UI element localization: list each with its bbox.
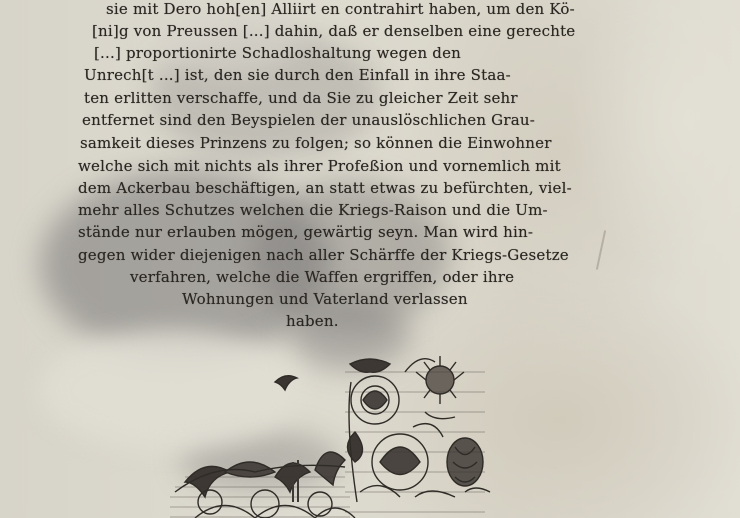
- text-line: Wohnungen und Vaterland verlassen: [182, 288, 468, 310]
- text-line: ten erlitten verschaffe, und da Sie zu g…: [84, 87, 516, 109]
- text-line: verfahren, welche die Waffen ergriffen, …: [130, 266, 514, 288]
- text-line: [...] proportionirte Schadloshaltung weg…: [94, 42, 516, 64]
- woodcut-ornament: [165, 352, 495, 518]
- paper-crease: [596, 230, 606, 270]
- text-line: [ni]g von Preussen [...] dahin, daß er d…: [92, 20, 516, 42]
- text-line: samkeit dieses Prinzens zu folgen; so kö…: [80, 132, 516, 154]
- text-line: sie mit Dero hoh[en] Alliirt en contrahi…: [106, 0, 518, 20]
- text-line: mehr alles Schutzes welchen die Kriegs-R…: [78, 199, 514, 221]
- text-line: Unrech[t ...] ist, den sie durch den Ein…: [84, 64, 516, 86]
- text-line: entfernet sind den Beyspielen der unausl…: [82, 109, 516, 131]
- text-line: dem Ackerbau beschäftigen, an statt etwa…: [78, 177, 516, 199]
- text-line: welche sich mit nichts als ihrer Profeßi…: [78, 155, 518, 177]
- text-line: gegen wider diejenigen nach aller Schärf…: [78, 244, 514, 266]
- paper-page: sie mit Dero hoh[en] Alliirt en contrahi…: [0, 0, 740, 518]
- text-line: stände nur erlauben mögen, gewärtig seyn…: [78, 221, 512, 243]
- text-line: haben.: [286, 310, 339, 332]
